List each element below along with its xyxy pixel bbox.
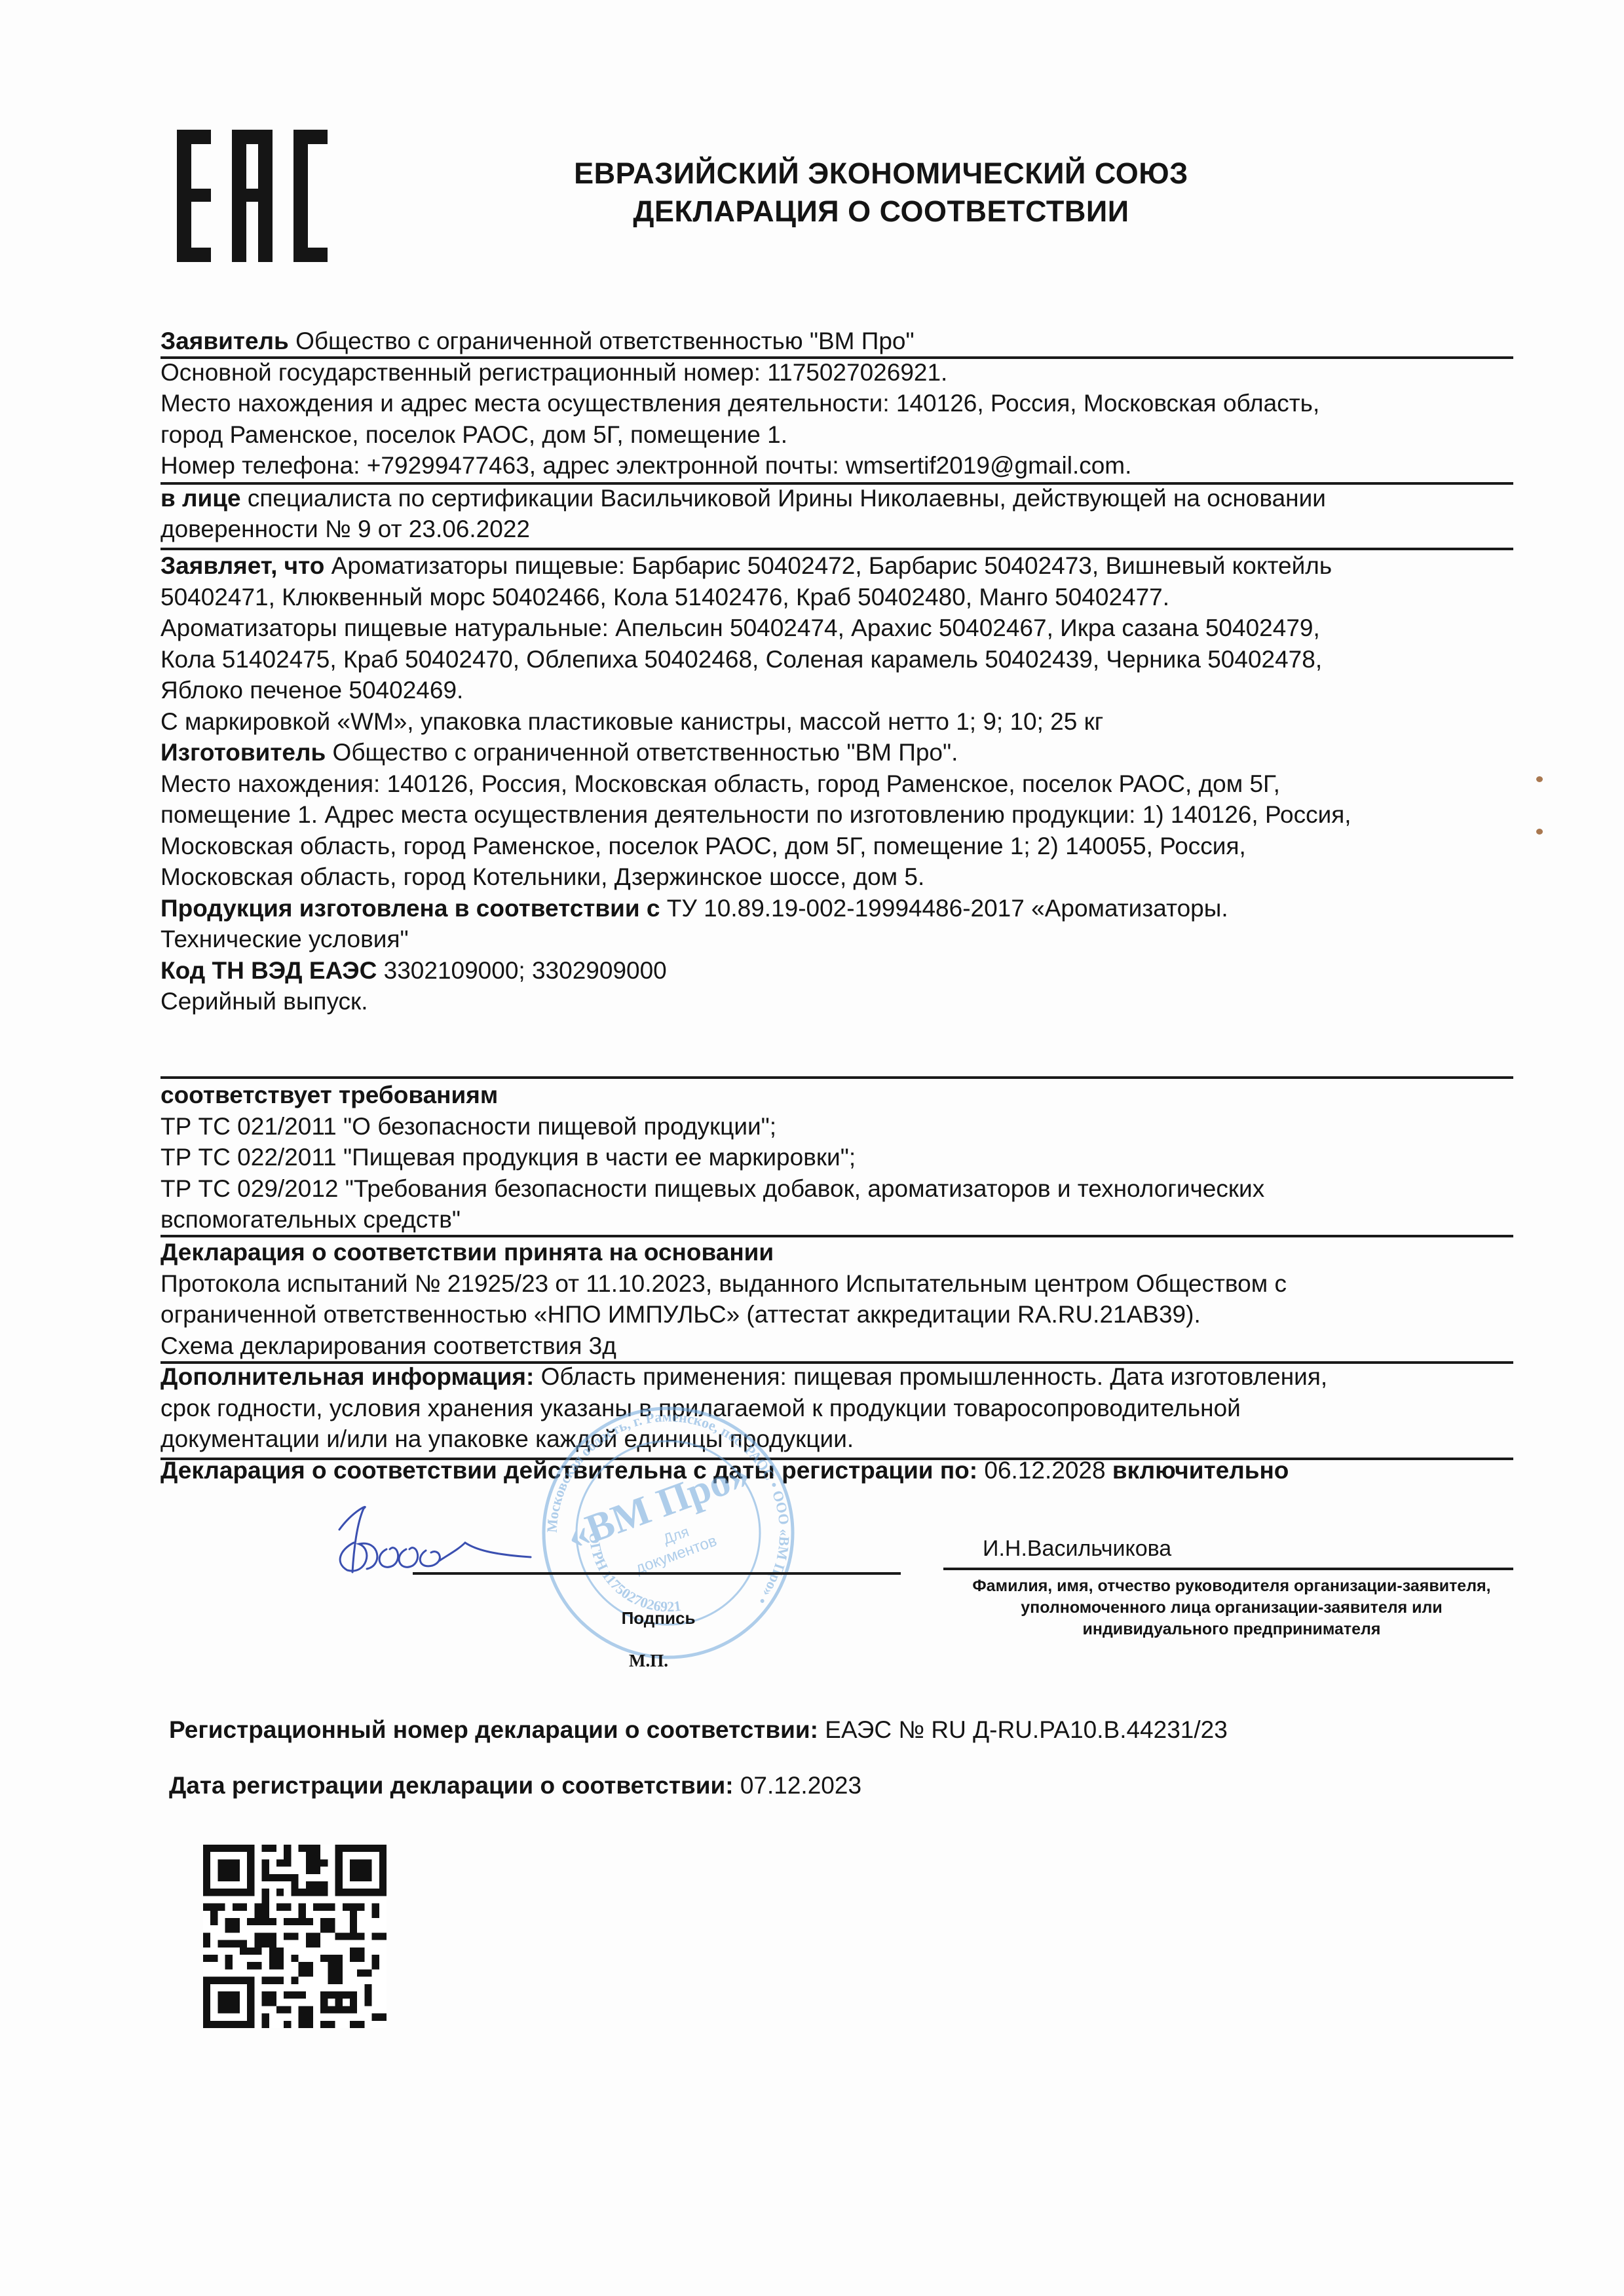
applicant-name: Общество с ограниченной ответственностью…	[289, 328, 915, 354]
validity-suffix: включительно	[1106, 1457, 1289, 1484]
manufacturer-label: Изготовитель	[161, 739, 326, 766]
basis-line: Протокола испытаний № 21925/23 от 11.10.…	[161, 1268, 1517, 1300]
signature-line	[413, 1572, 901, 1575]
document-header: ЕВРАЗИЙСКИЙ ЭКОНОМИЧЕСКИЙ СОЮЗ ДЕКЛАРАЦИ…	[537, 155, 1225, 231]
applicant-ogrn: Основной государственный регистрационный…	[161, 357, 1517, 388]
registration-date-label: Дата регистрации декларации о соответств…	[169, 1772, 734, 1799]
declares-section: Заявляет, что Ароматизаторы пищевые: Бар…	[161, 550, 1517, 1017]
caption-line: Фамилия, имя, отчество руководителя орга…	[943, 1575, 1520, 1597]
registration-number-label: Регистрационный номер декларации о соотв…	[169, 1716, 818, 1743]
name-caption: Фамилия, имя, отчество руководителя орга…	[943, 1575, 1520, 1640]
declares-line: Яблоко печеное 50402469.	[161, 675, 1517, 706]
additional-text-2: срок годности, условия хранения указаны …	[161, 1393, 1517, 1424]
basis-scheme: Схема декларирования соответствия 3д	[161, 1330, 1517, 1362]
divider	[161, 1361, 1513, 1364]
manufacturer-line: Московская область, город Раменское, пос…	[161, 831, 1517, 862]
basis-label: Декларация о соответствии принята на осн…	[161, 1237, 1517, 1268]
representative-label: в лице	[161, 485, 241, 512]
signer-name: И.Н.Васильчикова	[983, 1536, 1171, 1562]
registration-date-value: 07.12.2023	[734, 1772, 861, 1799]
registration-number-value: ЕАЭС № RU Д-RU.РА10.В.44231/23	[818, 1716, 1228, 1743]
requirements-section: соответствует требованиям ТР ТС 021/2011…	[161, 1080, 1517, 1235]
produced-per-value-2: Технические условия"	[161, 924, 1517, 955]
declaration-page: ЕВРАЗИЙСКИЙ ЭКОНОМИЧЕСКИЙ СОЮЗ ДЕКЛАРАЦИ…	[0, 0, 1624, 2296]
tn-ved-label: Код ТН ВЭД ЕАЭС	[161, 957, 377, 984]
name-line	[943, 1568, 1513, 1570]
validity-date: 06.12.2028	[977, 1457, 1105, 1484]
release-type: Серийный выпуск.	[161, 986, 1517, 1017]
tn-ved-value: 3302109000; 3302909000	[377, 957, 666, 984]
requirement-item: ТР ТС 029/2012 "Требования безопасности …	[161, 1173, 1517, 1205]
signature-label: Подпись	[590, 1608, 727, 1628]
representative-power-of-attorney: доверенности № 9 от 23.06.2022	[161, 514, 1517, 545]
representative-text: специалиста по сертификации Васильчиково…	[241, 485, 1326, 512]
basis-line: ограниченной ответственностью «НПО ИМПУЛ…	[161, 1299, 1517, 1330]
registration-number: Регистрационный номер декларации о соотв…	[169, 1716, 1228, 1744]
qr-code-icon[interactable]	[203, 1844, 387, 2029]
manufacturer-line: Место нахождения: 140126, Россия, Москов…	[161, 768, 1517, 800]
declares-line: 50402471, Клюквенный морс 50402466, Кола…	[161, 582, 1517, 613]
caption-line: индивидуального предпринимателя	[943, 1619, 1520, 1640]
additional-text: Область применения: пищевая промышленнос…	[534, 1363, 1327, 1390]
declares-line: Ароматизаторы пищевые: Барбарис 50402472…	[324, 552, 1332, 579]
produced-per-label: Продукция изготовлена в соответствии с	[161, 895, 660, 922]
applicant-contacts: Номер телефона: +79299477463, адрес элек…	[161, 450, 1517, 481]
requirements-label: соответствует требованиям	[161, 1080, 1517, 1111]
handwritten-signature	[328, 1503, 544, 1575]
declares-line: С маркировкой «WM», упаковка пластиковые…	[161, 706, 1517, 738]
manufacturer-line: помещение 1. Адрес места осуществления д…	[161, 799, 1517, 831]
scan-speck	[1536, 776, 1543, 782]
manufacturer-line: Московская область, город Котельники, Дз…	[161, 861, 1517, 893]
requirement-item: вспомогательных средств"	[161, 1204, 1517, 1235]
seal-label: М.П.	[629, 1651, 668, 1671]
additional-label: Дополнительная информация:	[161, 1363, 534, 1390]
union-title: ЕВРАЗИЙСКИЙ ЭКОНОМИЧЕСКИЙ СОЮЗ	[537, 155, 1225, 193]
divider	[161, 356, 1513, 359]
scan-speck	[1536, 829, 1543, 835]
applicant-label: Заявитель	[161, 328, 289, 354]
eac-mark-icon	[177, 130, 328, 262]
declares-label: Заявляет, что	[161, 552, 324, 579]
divider	[161, 482, 1513, 485]
produced-per-value: ТУ 10.89.19-002-19994486-2017 «Ароматиза…	[660, 895, 1228, 922]
declares-line: Кола 51402475, Краб 50402470, Облепиха 5…	[161, 644, 1517, 675]
manufacturer-name: Общество с ограниченной ответственностью…	[326, 739, 958, 766]
registration-date: Дата регистрации декларации о соответств…	[169, 1772, 861, 1799]
declaration-title: ДЕКЛАРАЦИЯ О СООТВЕТСТВИИ	[537, 193, 1225, 231]
additional-text-3: документации и/или на упаковке каждой ед…	[161, 1423, 1517, 1455]
applicant-address-1: Место нахождения и адрес места осуществл…	[161, 388, 1517, 419]
caption-line: уполномоченного лица организации-заявите…	[943, 1597, 1520, 1619]
divider	[161, 1458, 1513, 1460]
requirement-item: ТР ТС 021/2011 "О безопасности пищевой п…	[161, 1111, 1517, 1142]
divider	[161, 1076, 1513, 1079]
declares-line: Ароматизаторы пищевые натуральные: Апель…	[161, 612, 1517, 644]
applicant-address-2: город Раменское, поселок РАОС, дом 5Г, п…	[161, 419, 1517, 451]
requirement-item: ТР ТС 022/2011 "Пищевая продукция в част…	[161, 1142, 1517, 1173]
